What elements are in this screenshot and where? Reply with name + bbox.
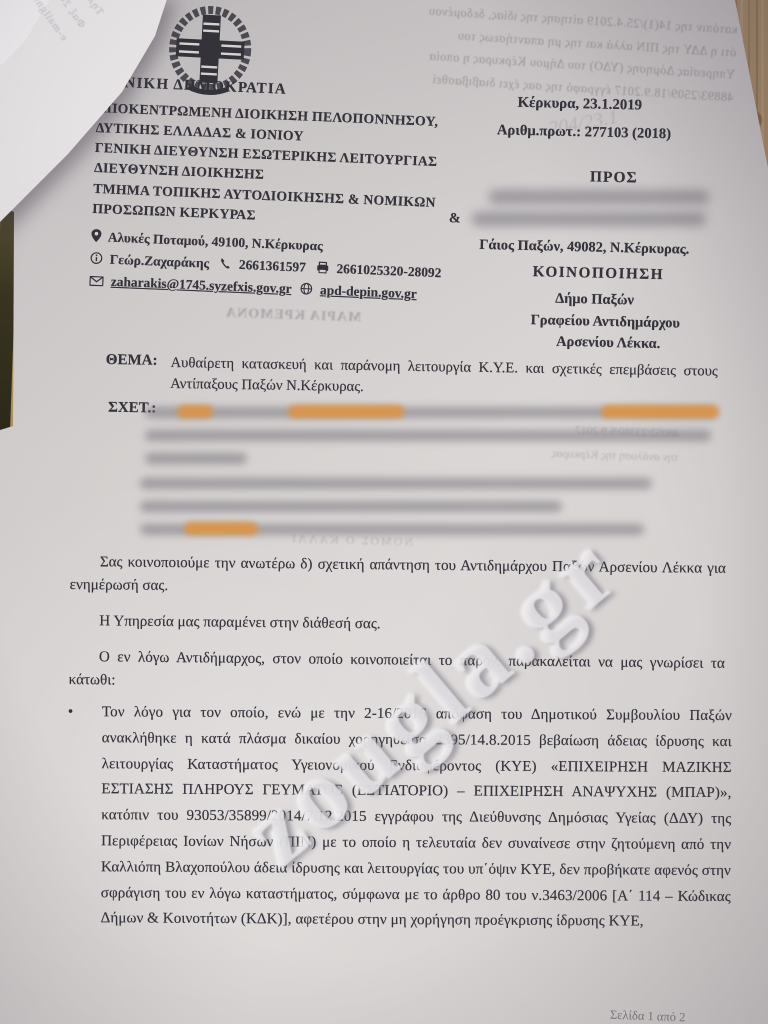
redacted-recipient-line (489, 190, 709, 204)
body-paragraph: Σας κοινοποιούμε την ανωτέρω δ) σχετική … (70, 551, 726, 604)
subject-text: Αυθαίρετη κατασκευή και παράνομη λειτουρ… (170, 353, 718, 404)
bleedthrough-text-right: 48052/23380/6.9.2017 την ανάλυση της Κέρ… (551, 418, 679, 471)
redacted-highlight (601, 405, 719, 418)
ampersand: & (449, 211, 461, 227)
subject-label: ΘΕΜΑ: (105, 352, 157, 395)
redacted-reference-line (140, 478, 652, 489)
bullet-marker: • (59, 700, 102, 932)
redacted-reference-line (140, 501, 562, 512)
letter-body: Σας κοινοποιούμε την ανωτέρω δ) σχετική … (68, 551, 726, 712)
protocol-number: Αριθμ.πρωτ.: 277103 (2018) (497, 122, 671, 143)
redacted-highlight (177, 405, 213, 418)
cc-line: Γραφείου Αντιδημάρχου (530, 312, 680, 332)
cc-line: Δήμο Παξών (555, 291, 634, 310)
bullet-item: • Τον λόγο για τον οποίο, ενώ με την 2-1… (59, 700, 732, 936)
redacted-reference-line (145, 430, 711, 441)
phone-number: 2661361597 (239, 257, 307, 275)
redacted-reference-line (145, 453, 247, 464)
bleedthrough-line: την ανάλυση της Κέρκυρας (551, 442, 679, 471)
body-paragraph: Η Υπηρεσία μας παραμένει στην διάθεσή σα… (69, 610, 725, 640)
website-url: apd-depin.gov.gr (320, 283, 417, 302)
recipient-address: Γάιος Παξών, 49082, Ν.Κέρκυρας. (479, 237, 689, 259)
phone-icon (219, 257, 231, 269)
to-label: ΠΡΟΣ (590, 168, 638, 187)
cc-label: ΚΟΙΝΟΠΟΙΗΣΗ (533, 263, 665, 284)
place-and-date: Κέρκυρα, 23.1.2019 (517, 95, 642, 115)
envelope-icon (89, 276, 103, 287)
globe-icon (301, 283, 313, 295)
redacted-recipient-line (472, 212, 706, 226)
folded-page-corner: Τηλ/φων. 26950 Φαξ 26950-3 e-mailgns (0, 0, 202, 258)
fax-number: 2661025320-28092 (336, 261, 441, 280)
body-paragraph: Ο εν λόγω Αντιδήμαρχος, στον οποίο κοινο… (69, 646, 725, 699)
redacted-highlight (288, 405, 404, 418)
redacted-highlight (184, 522, 258, 535)
photo-of-document: { "colors":{"paper":"#d8d4d3","ink":"#34… (0, 0, 768, 1024)
cc-line: Αρσενίου Λέκκα. (556, 334, 660, 353)
email-address: zaharakis@1745.syzefxis.gov.gr (111, 274, 292, 296)
fax-icon (316, 261, 329, 274)
folded-sheet (0, 0, 202, 258)
bullet-text: Τον λόγο για τον οποίο, ενώ με την 2-16/… (101, 700, 732, 936)
page-number-footer: Σελίδα 1 από 2 (610, 1008, 686, 1024)
